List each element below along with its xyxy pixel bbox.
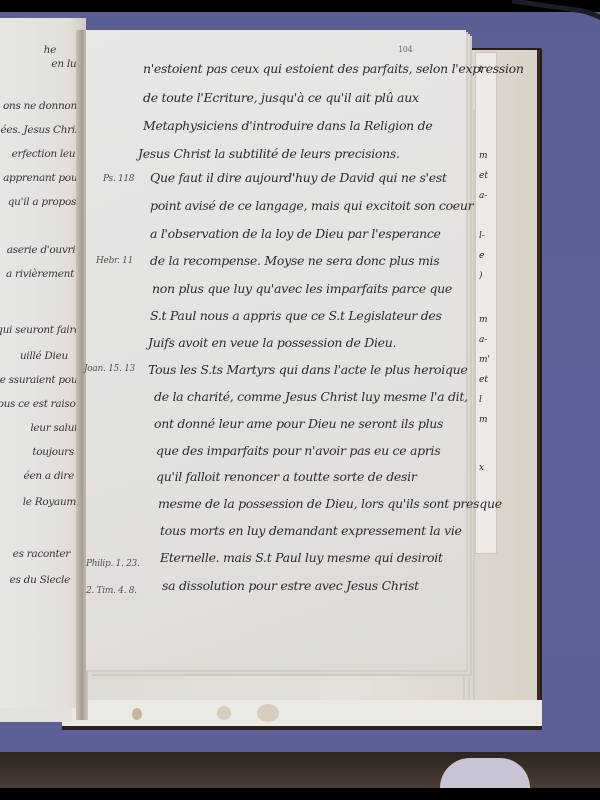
bookmark-letter: e [479,251,484,261]
text-line: qu'il falloit renoncer a toutte sorte de… [156,469,417,484]
left-line: ées. Jesus Christ [1,124,84,136]
book-bottom-edge [62,700,542,730]
bookmark-letter: a- [479,191,487,201]
bookmark-letter: a- [479,335,487,345]
text-line: que des imparfaits pour n'avoir pas eu c… [156,443,440,458]
left-line: apprenant pour [3,172,82,184]
text-line: non plus que luy qu'avec les imparfaits … [152,281,452,296]
left-line: éen a dire [24,470,74,482]
text-line: de la recompense. Moyse ne sera donc plu… [150,253,439,268]
left-line: leur salut [30,422,78,434]
text-line: Jesus Christ la subtilité de leurs preci… [138,146,400,161]
folio-number: 104 [398,45,412,54]
left-line: ons ne donnons [3,100,82,112]
text-line: Juifs avoit en veue la possession de Die… [148,335,396,350]
text-line: Tous les S.ts Martyrs qui dans l'acte le… [148,362,468,377]
left-line: qui seuront faire [0,324,80,336]
left-line: uillé Dieu [20,350,68,362]
text-line: Metaphysiciens d'introduire dans la Reli… [143,118,432,133]
margin-reference: Philip. 1. 23. [86,559,140,569]
text-line: a l'observation de la loy de Dieu par l'… [150,226,441,241]
bottom-black-bar [0,788,600,800]
bookmark-letter: et [479,171,488,181]
bookmark-letter: l [479,395,482,405]
bookmark-letter: m [479,415,488,425]
paper-damage [132,708,142,720]
bookmark-strip: t m et a- l- e ) m a- m' et l m x [475,52,497,554]
bookmark-letter: m [479,151,488,161]
left-line: he [44,44,56,56]
text-line: de toute l'Ecriture, jusqu'à ce qu'il ai… [143,90,419,105]
text-line: tous morts en luy demandant expressement… [160,523,462,538]
left-line: qu'il a propose [8,196,82,208]
bookmark-letter: m' [479,355,490,365]
text-line: n'estoient pas ceux qui estoient des par… [143,61,524,76]
text-line: S.t Paul nous a appris que ce S.t Legisl… [150,308,442,323]
left-page: he en luy ons ne donnons ées. Jesus Chri… [0,18,86,708]
text-line: Eternelle. mais S.t Paul luy mesme qui d… [160,550,443,565]
margin-reference: Hebr. 11 [96,256,133,266]
cloth [440,758,530,788]
text-line: sa dissolution pour estre avec Jesus Chr… [162,578,419,593]
text-line: ont donné leur ame pour Dieu ne seront i… [154,416,443,431]
text-line: Que faut il dire aujourd'huy de David qu… [150,170,447,185]
left-line: es e ssuraient pour [0,374,82,386]
margin-reference: 2. Tim. 4. 8. [86,586,137,596]
bookmark-letter: l- [479,231,485,241]
text-line: point avisé de ce langage, mais qui exci… [150,198,473,213]
left-line: toujours [32,446,74,458]
bookmark-letter: ) [479,271,483,281]
left-line: le Royaume [23,496,82,508]
bookmark-letter: et [479,375,488,385]
text-line: de la charité, comme Jesus Christ luy me… [154,389,468,404]
bookmark-letter: m [479,315,488,325]
left-line: aserie d'ouvrir [7,244,80,256]
left-line: es raconter [13,548,70,560]
left-line: sous ce est raison [0,398,82,410]
paper-damage [257,704,279,722]
paper-damage [217,706,231,720]
left-line: a rivièrement [6,268,74,280]
margin-reference: Ps. 118 [103,174,134,184]
bookmark-letter: x [479,463,484,473]
text-line: mesme de la possession de Dieu, lors qu'… [158,496,502,511]
margin-reference: Joan. 15. 13 [84,364,135,374]
left-line: erfection leur [12,148,80,160]
left-line: es du Siecle [10,574,70,586]
